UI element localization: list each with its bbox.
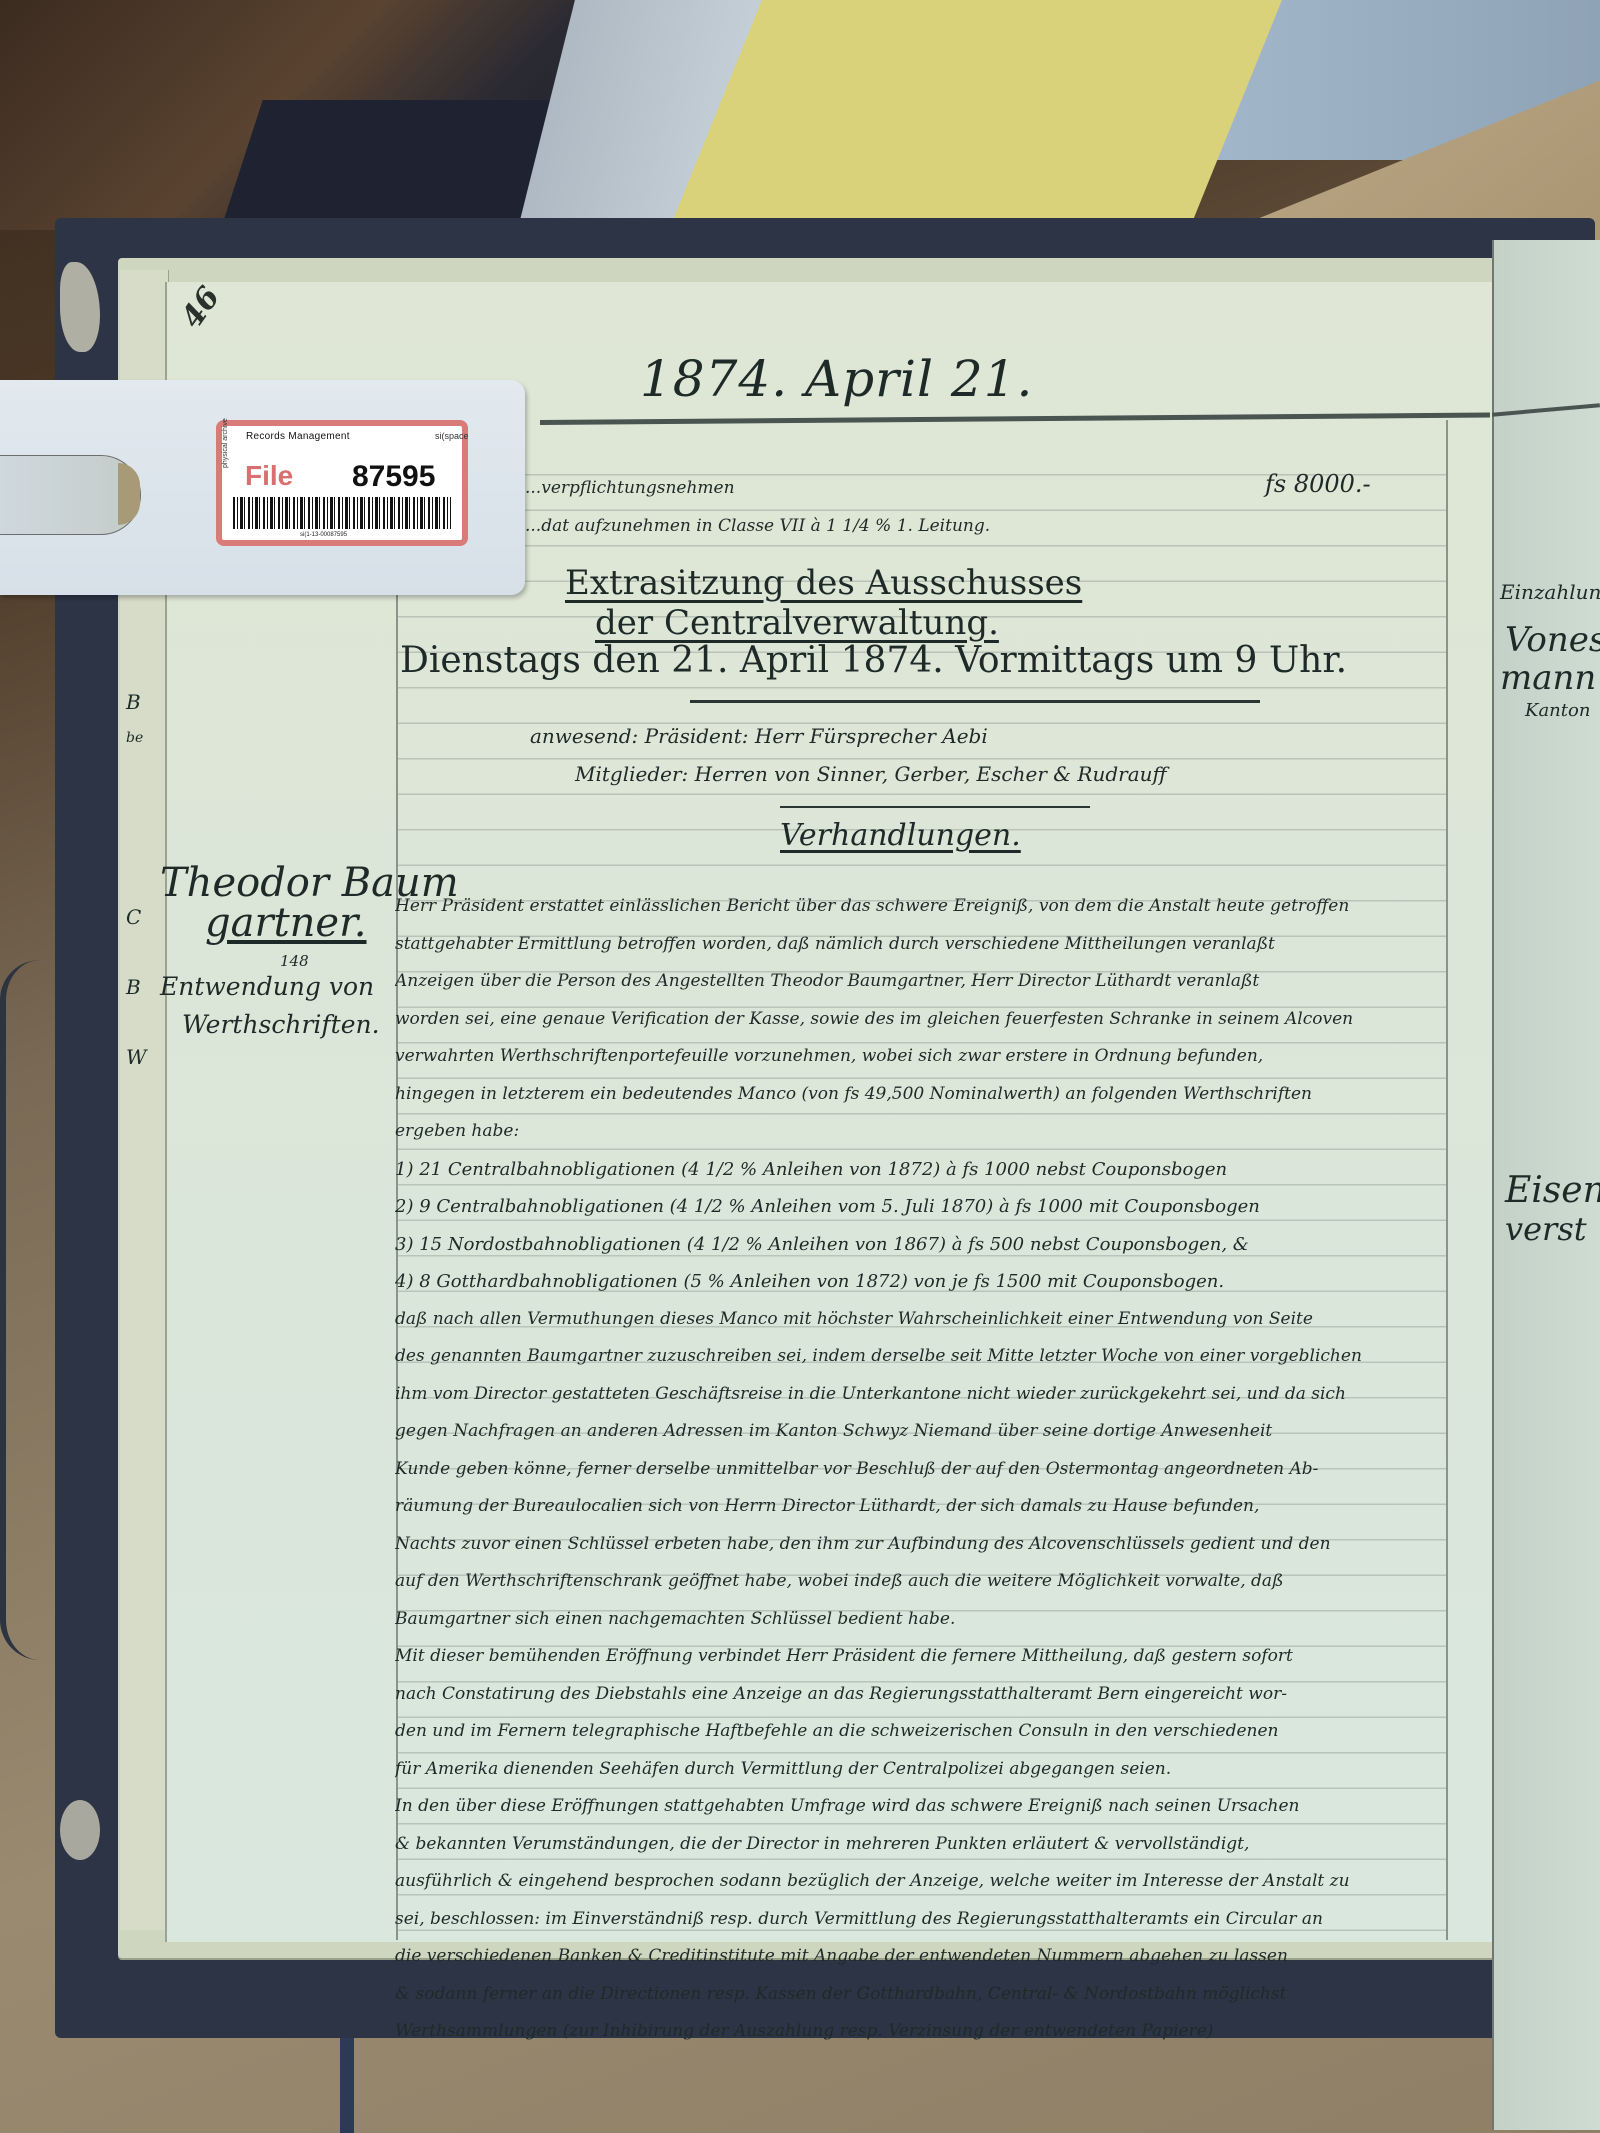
meeting-title: Extrasitzung des Ausschusses — [565, 563, 1082, 603]
label-header: Records Management — [246, 431, 350, 442]
barcode-icon — [233, 497, 451, 529]
margin-topic: Entwendung von — [160, 972, 374, 1001]
file-number: 87595 — [352, 460, 435, 494]
body-line: Mit dieser bemühenden Eröffnung verbinde… — [395, 1638, 1445, 1676]
body-line: Kunde geben könne, ferner derselbe unmit… — [395, 1451, 1445, 1489]
previous-entry-fragment: ...dat aufzunehmen in Classe VII à 1 1/4… — [525, 516, 990, 536]
body-line: Anzeigen über die Person des Angestellte… — [395, 963, 1445, 1001]
section-heading: Verhandlungen. — [780, 818, 1021, 853]
label-file-word: File — [245, 460, 293, 492]
margin-name: gartner. — [205, 900, 367, 946]
body-line: ausführlich & eingehend besprochen sodan… — [395, 1863, 1445, 1901]
body-line: auf den Werthschriftenschrank geöffnet h… — [395, 1563, 1445, 1601]
next-page-note: Eisen — [1505, 1170, 1600, 1211]
prev-page-mark: B — [126, 975, 141, 999]
body-line: des genannten Baumgartner zuzuschreiben … — [395, 1338, 1445, 1376]
attendance-members: Mitglieder: Herren von Sinner, Gerber, E… — [575, 762, 1167, 786]
prev-page-mark: B — [126, 690, 141, 714]
prev-page-mark: C — [126, 905, 141, 929]
body-line: ihm vom Director gestatteten Geschäftsre… — [395, 1376, 1445, 1414]
body-line: die verschiedenen Banken & Creditinstitu… — [395, 1938, 1445, 1976]
body-line: Werthsammlungen (zur Inhibirung der Ausz… — [395, 2013, 1445, 2051]
prev-page-mark: W — [126, 1045, 147, 1069]
meeting-date-line: Dienstags den 21. April 1874. Vormittags… — [400, 640, 1347, 681]
securities-list-item: 3) 15 Nordostbahnobligationen (4 1/2 % A… — [395, 1226, 1445, 1264]
next-page-note: Einzahlung — [1500, 580, 1600, 604]
body-line: nach Constatirung des Diebstahls eine An… — [395, 1676, 1445, 1714]
separator-rule — [690, 700, 1260, 703]
cover-wear — [60, 1800, 100, 1860]
next-page-note: verst — [1505, 1210, 1587, 1248]
body-line: gegen Nachfragen an anderen Adressen im … — [395, 1413, 1445, 1451]
body-line: & bekannten Verumständungen, die der Dir… — [395, 1826, 1445, 1864]
amount: fs 8000.- — [1265, 470, 1371, 498]
right-column-rule — [1446, 420, 1448, 1940]
securities-list-item: 2) 9 Centralbahnobligationen (4 1/2 % An… — [395, 1188, 1445, 1226]
meeting-title: der Centralverwaltung. — [595, 603, 999, 643]
body-line: Herr Präsident erstattet einlässlichen B… — [395, 888, 1445, 926]
body-line: für Amerika dienenden Seehäfen durch Ver… — [395, 1751, 1445, 1789]
separator-rule — [780, 806, 1090, 808]
body-line: verwahrten Werthschriftenportefeuille vo… — [395, 1038, 1445, 1076]
attendance-president: anwesend: Präsident: Herr Fürsprecher Ae… — [530, 724, 988, 748]
body-line: räumung der Bureaulocalien sich von Herr… — [395, 1488, 1445, 1526]
body-line: sei, beschlossen: im Einverständniß resp… — [395, 1901, 1445, 1939]
body-line: In den über diese Eröffnungen stattgehab… — [395, 1788, 1445, 1826]
label-side-text: physical archive — [222, 418, 229, 468]
body-line: den und im Fernern telegraphische Haftbe… — [395, 1713, 1445, 1751]
minutes-body: Herr Präsident erstattet einlässlichen B… — [395, 888, 1445, 2051]
bookmark-ribbon — [340, 2030, 354, 2133]
margin-item-number: 148 — [280, 952, 309, 970]
previous-entry-fragment: ...verpflichtungsnehmen — [525, 478, 735, 498]
margin-topic: Werthschriften. — [182, 1010, 380, 1039]
prev-page-mark: be — [126, 730, 143, 746]
barcode-text: si(1-13-00087595 — [300, 532, 347, 538]
body-line: stattgehabter Ermittlung betroffen worde… — [395, 926, 1445, 964]
body-line: Nachts zuvor einen Schlüssel erbeten hab… — [395, 1526, 1445, 1564]
body-line: Baumgartner sich einen nachgemachten Sch… — [395, 1601, 1445, 1639]
next-page-note: mann — [1500, 658, 1596, 698]
securities-list-item: 4) 8 Gotthardbahnobligationen (5 % Anlei… — [395, 1263, 1445, 1301]
yellow-folder — [665, 0, 1282, 240]
next-page-note: Vonesch — [1505, 620, 1600, 660]
date-heading: 1874. April 21. — [640, 350, 1033, 408]
body-line: hingegen in letzterem ein bedeutendes Ma… — [395, 1076, 1445, 1114]
label-brand-logo: si(space — [435, 431, 469, 441]
securities-list-item: 1) 21 Centralbahnobligationen (4 1/2 % A… — [395, 1151, 1445, 1189]
body-line: & sodann ferner an die Directionen resp.… — [395, 1976, 1445, 2014]
body-line: worden sei, eine genaue Verification der… — [395, 1001, 1445, 1039]
body-line: ergeben habe: — [395, 1113, 1445, 1151]
body-line: daß nach allen Vermuthungen dieses Manco… — [395, 1301, 1445, 1339]
next-page-note: Kanton — [1525, 700, 1590, 721]
